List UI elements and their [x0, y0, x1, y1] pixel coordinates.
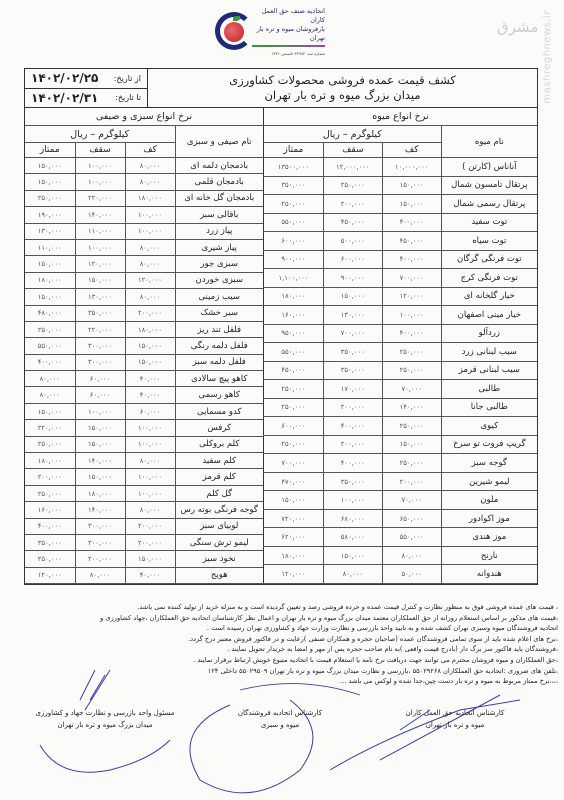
veg-cell-max: ۱۵۰,۰۰۰ — [75, 469, 125, 485]
signature-line1: کارشناس اتحادیه حق العمل کاران — [370, 707, 540, 719]
veg-row: سیب زمینی۸۰,۰۰۰۱۳۰,۰۰۰۱۵۰,۰۰۰ — [25, 289, 263, 305]
veg-cell-name: هویج — [175, 567, 263, 583]
from-date-value: ۱۴۰۲/۰۲/۲۵ — [31, 71, 98, 85]
veg-row: باقالی سبز۱۰۰,۰۰۰۱۴۰,۰۰۰۱۹۰,۰۰۰ — [25, 207, 263, 223]
veg-cell-name: گل کلم — [175, 485, 263, 501]
veg-cell-min: ۱۰۰,۰۰۰ — [125, 207, 175, 223]
veg-col-min: کف — [125, 143, 175, 158]
fruit-cell-min: ۷۰,۰۰۰ — [382, 380, 441, 399]
fruit-row: هندوانه۵۰,۰۰۰۸۰,۰۰۰۱۲۰,۰۰۰ — [264, 565, 538, 584]
fruit-row: زردآلو۴۰۰,۰۰۰۷۰۰,۰۰۰۹۵۰,۰۰۰ — [264, 324, 538, 343]
logo-registration: شماره ثبت ۳۲۹۸۲ تاسیس ۱۳۳۱ — [252, 49, 325, 58]
veg-row: کاهو رسمی۴۰,۰۰۰۶۰,۰۰۰۸۰,۰۰۰ — [25, 387, 263, 403]
price-list-document: اتحادیه صنف حق العمل کاران بارفروشان میو… — [0, 0, 564, 800]
fruit-cell-name: پرتقال تامسون شمال — [441, 176, 537, 195]
veg-cell-max: ۱۵۰,۰۰۰ — [75, 272, 125, 288]
veg-cell-name: کلم قرمز — [175, 469, 263, 485]
veg-cell-max: ۳۵۰,۰۰۰ — [75, 305, 125, 321]
note-line: ،حق العملکاران و میوه فروشان محترم می تو… — [18, 655, 558, 666]
fruit-row: طالبی جانا۱۴۰,۰۰۰۲۰۰,۰۰۰۲۵۰,۰۰۰ — [264, 398, 538, 417]
veg-row: فلفل دلمه سبز۱۵۰,۰۰۰۳۰۰,۰۰۰۴۰۰,۰۰۰ — [25, 354, 263, 370]
veg-cell-max: ۱۵۰,۰۰۰ — [75, 436, 125, 452]
signature-block: کارشناس اتحادیه حق العمل کارانمیوه و تره… — [20, 707, 540, 731]
union-logo: اتحادیه صنف حق العمل کاران بارفروشان میو… — [215, 4, 325, 60]
veg-cell-max: ۱۵۰,۰۰۰ — [75, 420, 125, 436]
fruit-cell-min: ۴۰۰,۰۰۰ — [382, 324, 441, 343]
veg-unit-header: کیلوگرم – ریال — [25, 126, 175, 143]
fruit-cell-premium: ۹۰۰,۰۰۰ — [264, 250, 324, 269]
fruit-cell-premium: ۶۰۰,۰۰۰ — [264, 417, 324, 436]
veg-cell-premium: ۲۰۰,۰۰۰ — [25, 469, 75, 485]
fruit-cell-name: آناناس (کارتن ) — [441, 158, 537, 177]
veg-cell-name: پیاز زرد — [175, 223, 263, 239]
veg-cell-min: ۱۰۰,۰۰۰ — [125, 469, 175, 485]
veg-cell-max: ۸۰,۰۰۰ — [75, 567, 125, 583]
fruit-cell-min: ۶۵۰,۰۰۰ — [382, 509, 441, 528]
veg-cell-min: ۸۰,۰۰۰ — [125, 256, 175, 272]
veg-cell-premium: ۱۸۰,۰۰۰ — [25, 453, 75, 469]
fruit-cell-premium: ۱۳۵۰۰,۰۰۰ — [264, 158, 324, 177]
logo-line-2: بارفروشان میوه و تره بار تهران — [252, 25, 325, 43]
fruit-cell-name: لیمو شیرین — [441, 472, 537, 491]
fruit-cell-premium: ۴۵۰,۰۰۰ — [264, 361, 324, 380]
fruit-row: توت سفید۴۰۰,۰۰۰۴۵۰,۰۰۰۵۵۰,۰۰۰ — [264, 213, 538, 232]
veg-cell-premium: ۱۵۰,۰۰۰ — [25, 256, 75, 272]
sheet-header: کشف قیمت عمده فروشی محصولات کشاورزی میدا… — [25, 69, 537, 108]
fruit-cell-premium: ۲۵۰,۰۰۰ — [264, 398, 324, 417]
fruit-cell-min: ۲۰۰,۰۰۰ — [382, 472, 441, 491]
veg-cell-premium: ۲۵۰,۰۰۰ — [25, 190, 75, 206]
fruit-cell-premium: ۱۵۰,۰۰۰ — [264, 491, 324, 510]
veg-row: کاهو پیچ سالادی۴۰,۰۰۰۶۰,۰۰۰۸۰,۰۰۰ — [25, 371, 263, 387]
veg-cell-min: ۱۵۰,۰۰۰ — [125, 551, 175, 567]
fruit-cell-max: ۱۳۰,۰۰۰ — [323, 306, 382, 325]
fruit-cell-max: ۳۵۰,۰۰۰ — [323, 361, 382, 380]
fruit-cell-name: کیوی — [441, 417, 537, 436]
veg-cell-max: ۲۲۰,۰۰۰ — [75, 190, 125, 206]
fruit-cell-max: ۱۲,۰۰۰,۰۰۰ — [323, 158, 382, 177]
veg-cell-min: ۱۵۰,۰۰۰ — [125, 354, 175, 370]
logo-line-1: اتحادیه صنف حق العمل کاران — [252, 7, 325, 25]
fruit-cell-max: ۲۰۰,۰۰۰ — [323, 398, 382, 417]
veg-cell-name: پیاز شیری — [175, 239, 263, 255]
veg-cell-max: ۱۰۰,۰۰۰ — [75, 174, 125, 190]
notes-section: ، قیمت های عمده فروشی فوق به منظور نظارت… — [18, 602, 558, 687]
veg-cell-premium: ۲۵۰,۰۰۰ — [25, 321, 75, 337]
veg-row: فلفل دلمه رنگی۱۵۰,۰۰۰۳۰۰,۰۰۰۵۵۰,۰۰۰ — [25, 338, 263, 354]
fruit-row: سیب لبنانی زرد۲۵۰,۰۰۰۳۵۰,۰۰۰۵۵۰,۰۰۰ — [264, 343, 538, 362]
fruit-cell-premium: ۱۸۰,۰۰۰ — [264, 287, 324, 306]
fruit-col-max: سقف — [323, 143, 382, 158]
veg-cell-name: سیب زمینی — [175, 289, 263, 305]
signature-title: مسئول واحد بازرسی و نظارت جهاد و کشاورزی… — [20, 707, 190, 731]
fruit-row: نارنج۸۰,۰۰۰۱۵۰,۰۰۰۱۸۰,۰۰۰ — [264, 546, 538, 565]
fruit-section-title: نرخ انواع میوه — [264, 108, 538, 126]
veg-row: بادمجان دلمه ای۸۰,۰۰۰۱۰۰,۰۰۰۱۵۰,۰۰۰ — [25, 158, 263, 174]
veg-cell-name: بادمجان گل خانه ای — [175, 190, 263, 206]
fruit-cell-min: ۷۰۰,۰۰۰ — [382, 269, 441, 288]
signature-line2: میدان بزرگ میوه و تره بار تهران — [20, 719, 190, 731]
fruit-cell-min: ۸۰,۰۰۰ — [382, 546, 441, 565]
veg-cell-name: باقالی سبز — [175, 207, 263, 223]
fruit-cell-min: ۱۴۰,۰۰۰ — [382, 398, 441, 417]
fruit-row: موز اکوادور۶۵۰,۰۰۰۶۸۰,۰۰۰۷۲۰,۰۰۰ — [264, 509, 538, 528]
from-date-label: از تاریخ: — [114, 74, 141, 83]
veg-cell-name: لوبیای سبز — [175, 518, 263, 534]
veg-row: فلفل تند ریز۱۸۰,۰۰۰۲۲۰,۰۰۰۲۵۰,۰۰۰ — [25, 321, 263, 337]
fruit-cell-name: طالبی جانا — [441, 398, 537, 417]
veg-row: سبزی خوردن۱۲۰,۰۰۰۱۵۰,۰۰۰۱۸۰,۰۰۰ — [25, 272, 263, 288]
to-date-row: تا تاریخ: ۱۴۰۲/۰۲/۳۱ — [25, 89, 147, 108]
veg-cell-min: ۱۲۰,۰۰۰ — [125, 272, 175, 288]
note-line: ،،،،نرخ ممتاز مربوط به میوه و تره بار دس… — [18, 676, 558, 687]
fruit-unit-header: کیلوگرم – ریال — [264, 126, 442, 143]
veg-cell-name: کرفس — [175, 420, 263, 436]
veg-cell-min: ۱۸۰,۰۰۰ — [125, 321, 175, 337]
fruit-cell-name: زردآلو — [441, 324, 537, 343]
fruit-cell-name: طالبی — [441, 380, 537, 399]
fruit-cell-name: خیار مینی اصفهان — [441, 306, 537, 325]
veg-cell-max: ۱۰۰,۰۰۰ — [75, 403, 125, 419]
veg-cell-max: ۶۰,۰۰۰ — [75, 387, 125, 403]
veg-cell-max: ۱۰۰,۰۰۰ — [75, 239, 125, 255]
fruit-cell-name: سیب لبنانی قرمز — [441, 361, 537, 380]
fruit-cell-min: ۲۵۰,۰۰۰ — [382, 361, 441, 380]
fruit-cell-max: ۹۰۰,۰۰۰ — [323, 269, 382, 288]
veg-row: هویج۴۰,۰۰۰۸۰,۰۰۰۱۲۰,۰۰۰ — [25, 567, 263, 583]
fruit-row: توت فرنگی کرج۷۰۰,۰۰۰۹۰۰,۰۰۰۱,۱۰۰,۰۰۰ — [264, 269, 538, 288]
veg-cell-max: ۱۴۰,۰۰۰ — [75, 453, 125, 469]
fruit-cell-min: ۱۵۰,۰۰۰ — [382, 435, 441, 454]
fruit-row: کیوی۲۵۰,۰۰۰۴۰۰,۰۰۰۶۰۰,۰۰۰ — [264, 417, 538, 436]
fruit-cell-name: توت سفید — [441, 213, 537, 232]
fruit-cell-max: ۵۰۰,۰۰۰ — [323, 232, 382, 251]
veg-cell-max: ۳۰۰,۰۰۰ — [75, 354, 125, 370]
fruit-cell-premium: ۶۰۰,۰۰۰ — [264, 232, 324, 251]
fruit-cell-premium: ۲۵۰,۰۰۰ — [264, 435, 324, 454]
fruit-row: خیار مینی اصفهان۱۰۰,۰۰۰۱۳۰,۰۰۰۱۶۰,۰۰۰ — [264, 306, 538, 325]
fruit-cell-max: ۴۰۰,۰۰۰ — [323, 454, 382, 473]
veg-row: پیاز شیری۸۰,۰۰۰۱۰۰,۰۰۰۱۱۰,۰۰۰ — [25, 239, 263, 255]
fruit-cell-name: موز اکوادور — [441, 509, 537, 528]
veg-cell-max: ۳۰۰,۰۰۰ — [75, 518, 125, 534]
fruit-cell-name: توت سیاه — [441, 232, 537, 251]
note-line: ،نرخ های اعلام شده باید از سوی تمامی فرو… — [18, 634, 558, 645]
veg-row: سبزی جور۸۰,۰۰۰۱۲۰,۰۰۰۱۵۰,۰۰۰ — [25, 256, 263, 272]
fruit-row: پرتقال رسمی شمال۱۵۰,۰۰۰۲۰۰,۰۰۰۲۵۰,۰۰۰ — [264, 195, 538, 214]
fruit-row: پرتقال تامسون شمال۱۵۰,۰۰۰۲۵۰,۰۰۰۳۵۰,۰۰۰ — [264, 176, 538, 195]
sheet-title: کشف قیمت عمده فروشی محصولات کشاورزی میدا… — [147, 69, 537, 107]
veg-cell-premium: ۱۸۰,۰۰۰ — [25, 272, 75, 288]
fruit-cell-name: توت فرنگی کرج — [441, 269, 537, 288]
fruit-cell-name: نارنج — [441, 546, 537, 565]
veg-cell-min: ۸۰,۰۰۰ — [125, 239, 175, 255]
veg-cell-premium: ۱۹۰,۰۰۰ — [25, 207, 75, 223]
note-line: ، قیمت های عمده فروشی فوق به منظور نظارت… — [18, 602, 558, 613]
fruit-cell-max: ۸۰,۰۰۰ — [323, 565, 382, 584]
signature-title: کارشناس اتحادیه حق العمل کارانمیوه و تره… — [370, 707, 540, 731]
note-line: اتحادیه فروشندگان میوه وسبزی تهران کشف ش… — [18, 623, 558, 634]
fruit-cell-min: ۲۵۰,۰۰۰ — [382, 343, 441, 362]
veg-cell-max: ۱۸۰,۰۰۰ — [75, 485, 125, 501]
fruit-cell-max: ۴۵۰,۰۰۰ — [323, 213, 382, 232]
fruit-cell-name: گوجه سبز — [441, 454, 537, 473]
veg-cell-name: فلفل دلمه سبز — [175, 354, 263, 370]
veg-cell-name: سبزی خوردن — [175, 272, 263, 288]
veg-col-premium: ممتاز — [25, 143, 75, 158]
mashregh-watermark-logo: مشرق — [497, 18, 538, 36]
fruit-row: طالبی۷۰,۰۰۰۱۷۰,۰۰۰۲۵۰,۰۰۰ — [264, 380, 538, 399]
fruit-row: سیب لبنانی قرمز۲۵۰,۰۰۰۳۵۰,۰۰۰۴۵۰,۰۰۰ — [264, 361, 538, 380]
fruit-cell-name: سیب لبنانی زرد — [441, 343, 537, 362]
wave-divider — [252, 45, 325, 47]
fruit-cell-max: ۳۵۰,۰۰۰ — [323, 472, 382, 491]
veg-cell-premium: ۱۵۰,۰۰۰ — [25, 158, 75, 174]
fruit-cell-min: ۲۵۰,۰۰۰ — [382, 454, 441, 473]
fruit-cell-premium: ۱۸۰,۰۰۰ — [264, 546, 324, 565]
veg-row: سیر خشک۲۰۰,۰۰۰۳۵۰,۰۰۰۴۸۰,۰۰۰ — [25, 305, 263, 321]
fruit-cell-premium: ۲۵۰,۰۰۰ — [264, 380, 324, 399]
veg-cell-min: ۲۰۰,۰۰۰ — [125, 305, 175, 321]
veg-cell-max: ۱۴۰,۰۰۰ — [75, 207, 125, 223]
fruit-cell-min: ۱۵۰,۰۰۰ — [382, 176, 441, 195]
gear-apple-icon — [215, 12, 249, 52]
fruit-cell-max: ۲۵۰,۰۰۰ — [323, 176, 382, 195]
fruit-row: توت فرنگی گرگان۴۰۰,۰۰۰۶۰۰,۰۰۰۹۰۰,۰۰۰ — [264, 250, 538, 269]
note-line: ،قیمت های مذکور بر اساس استعلام روزانه ا… — [18, 613, 558, 624]
fruit-cell-min: ۷۰,۰۰۰ — [382, 491, 441, 510]
veg-cell-premium: ۴۰۰,۰۰۰ — [25, 518, 75, 534]
veg-row: لوبیای سبز۲۰۰,۰۰۰۳۰۰,۰۰۰۴۰۰,۰۰۰ — [25, 518, 263, 534]
veg-cell-name: کاهو رسمی — [175, 387, 263, 403]
title-line-1: کشف قیمت عمده فروشی محصولات کشاورزی — [229, 73, 456, 88]
veg-row: کلم بروکلی۱۰۰,۰۰۰۱۵۰,۰۰۰۲۵۰,۰۰۰ — [25, 436, 263, 452]
veg-cell-name: کلم سفید — [175, 453, 263, 469]
veg-cell-max: ۶۰,۰۰۰ — [75, 371, 125, 387]
veg-cell-premium: ۱۳۰,۰۰۰ — [25, 223, 75, 239]
fruit-cell-min: ۲۵۰,۰۰۰ — [382, 417, 441, 436]
fruit-cell-max: ۱۰۰,۰۰۰ — [323, 491, 382, 510]
signature-line2: میوه و تره بار تهران — [370, 719, 540, 731]
fruit-cell-min: ۵۰,۰۰۰ — [382, 565, 441, 584]
fruit-cell-max: ۷۰۰,۰۰۰ — [323, 324, 382, 343]
veg-cell-premium: ۱۵۰,۰۰۰ — [25, 403, 75, 419]
note-line: ،تلفن های ضروری :اتحادیه حق العملکاران ۵… — [18, 666, 558, 677]
veg-row: کلم سفید۸۰,۰۰۰۱۴۰,۰۰۰۱۸۰,۰۰۰ — [25, 453, 263, 469]
veg-cell-min: ۴۰,۰۰۰ — [125, 387, 175, 403]
fruit-cell-name: ملون — [441, 491, 537, 510]
fruit-row: خیار گلخانه ای۱۲۰,۰۰۰۱۵۰,۰۰۰۱۸۰,۰۰۰ — [264, 287, 538, 306]
veg-cell-premium: ۱۱۰,۰۰۰ — [25, 239, 75, 255]
veg-cell-name: بادمجان دلمه ای — [175, 158, 263, 174]
signature-title: کارشناس اتحادیه فروشندگانمیوه و سبزی — [195, 707, 365, 731]
fruit-cell-name: موز هندی — [441, 528, 537, 547]
veg-section-title: نرخ انواع سبزی و صیفی — [25, 108, 263, 126]
fruit-cell-min: ۱۵۰,۰۰۰ — [382, 195, 441, 214]
fruit-cell-name: توت فرنگی گرگان — [441, 250, 537, 269]
veg-cell-min: ۲۰۰,۰۰۰ — [125, 534, 175, 550]
veg-cell-min: ۴۰,۰۰۰ — [125, 567, 175, 583]
veg-cell-min: ۴۰,۰۰۰ — [125, 371, 175, 387]
veg-cell-premium: ۴۸۰,۰۰۰ — [25, 305, 75, 321]
mashregh-watermark-url: mashreghnews.ir — [542, 10, 553, 104]
veg-name-header: نام صیفی و سبزی — [175, 126, 263, 158]
veg-cell-max: ۳۰۰,۰۰۰ — [75, 534, 125, 550]
fruit-cell-name: گریپ فروت تو سرخ — [441, 435, 537, 454]
veg-cell-max: ۱۰۰,۰۰۰ — [75, 158, 125, 174]
veg-cell-name: کلم بروکلی — [175, 436, 263, 452]
fruit-cell-min: ۱۲۰,۰۰۰ — [382, 287, 441, 306]
fruit-cell-max: ۳۵۰,۰۰۰ — [323, 343, 382, 362]
fruit-row: موز هندی۵۵۰,۰۰۰۵۸۰,۰۰۰۶۲۰,۰۰۰ — [264, 528, 538, 547]
veg-cell-name: گوجه فرنگی بوته رس — [175, 502, 263, 518]
veg-cell-premium: ۲۵۰,۰۰۰ — [25, 551, 75, 567]
from-date-row: از تاریخ: ۱۴۰۲/۰۲/۲۵ — [25, 69, 147, 89]
veg-cell-min: ۱۵۰,۰۰۰ — [125, 338, 175, 354]
veg-row: کلم قرمز۱۰۰,۰۰۰۱۵۰,۰۰۰۲۰۰,۰۰۰ — [25, 469, 263, 485]
fruit-cell-premium: ۵۵۰,۰۰۰ — [264, 343, 324, 362]
veg-cell-name: فلفل دلمه رنگی — [175, 338, 263, 354]
veg-col-max: سقف — [75, 143, 125, 158]
veg-cell-min: ۱۸۰,۰۰۰ — [125, 190, 175, 206]
veg-cell-premium: ۳۵۰,۰۰۰ — [25, 534, 75, 550]
signature-line1: کارشناس اتحادیه فروشندگان — [195, 707, 365, 719]
fruit-cell-premium: ۷۰۰,۰۰۰ — [264, 454, 324, 473]
veg-row: بادمجان قلمی۸۰,۰۰۰۱۰۰,۰۰۰۱۵۰,۰۰۰ — [25, 174, 263, 190]
veg-cell-premium: ۱۵۰,۰۰۰ — [25, 289, 75, 305]
fruit-cell-max: ۱۷۰,۰۰۰ — [323, 380, 382, 399]
veg-cell-min: ۱۰۰,۰۰۰ — [125, 420, 175, 436]
fruit-cell-premium: ۱,۱۰۰,۰۰۰ — [264, 269, 324, 288]
to-date-value: ۱۴۰۲/۰۲/۳۱ — [31, 91, 98, 105]
vegetable-price-table: نرخ انواع سبزی و صیفی نام صیفی و سبزی کی… — [25, 108, 263, 584]
veg-cell-min: ۸۰,۰۰۰ — [125, 158, 175, 174]
veg-cell-min: ۱۰۰,۰۰۰ — [125, 485, 175, 501]
fruit-cell-name: پرتقال رسمی شمال — [441, 195, 537, 214]
veg-cell-min: ۸۰,۰۰۰ — [125, 453, 175, 469]
fruit-price-table: نرخ انواع میوه نام میوه کیلوگرم – ریال ک… — [263, 108, 537, 584]
fruit-cell-premium: ۱۶۰,۰۰۰ — [264, 306, 324, 325]
fruit-cell-premium: ۱۲۰,۰۰۰ — [264, 565, 324, 584]
fruit-name-header: نام میوه — [441, 126, 537, 158]
fruit-col-min: کف — [382, 143, 441, 158]
veg-row: لیمو ترش سنگی۲۰۰,۰۰۰۳۰۰,۰۰۰۳۵۰,۰۰۰ — [25, 534, 263, 550]
fruit-cell-min: ۴۰۰,۰۰۰ — [382, 250, 441, 269]
veg-cell-name: سیر خشک — [175, 305, 263, 321]
veg-cell-min: ۸۰,۰۰۰ — [125, 289, 175, 305]
fruit-cell-premium: ۵۵۰,۰۰۰ — [264, 213, 324, 232]
fruit-row: لیمو شیرین۲۰۰,۰۰۰۳۵۰,۰۰۰۴۷۰,۰۰۰ — [264, 472, 538, 491]
veg-cell-min: ۱۰۰,۰۰۰ — [125, 436, 175, 452]
veg-cell-name: سبزی جور — [175, 256, 263, 272]
veg-cell-premium: ۵۵۰,۰۰۰ — [25, 338, 75, 354]
veg-cell-name: نخود سبز — [175, 551, 263, 567]
veg-cell-min: ۱۰۰,۰۰۰ — [125, 223, 175, 239]
fruit-cell-premium: ۷۲۰,۰۰۰ — [264, 509, 324, 528]
veg-row: بادمجان گل خانه ای۱۸۰,۰۰۰۲۲۰,۰۰۰۲۵۰,۰۰۰ — [25, 190, 263, 206]
date-range: از تاریخ: ۱۴۰۲/۰۲/۲۵ تا تاریخ: ۱۴۰۲/۰۲/۳… — [25, 69, 147, 107]
fruit-cell-premium: ۲۵۰,۰۰۰ — [264, 195, 324, 214]
fruit-cell-max: ۱۵۰,۰۰۰ — [323, 546, 382, 565]
note-line: ،فروشندگان باید فاکتور سر برگ دار (بادرج… — [18, 644, 558, 655]
fruit-cell-max: ۵۸۰,۰۰۰ — [323, 528, 382, 547]
veg-cell-premium: ۴۰۰,۰۰۰ — [25, 354, 75, 370]
signature-line1: مسئول واحد بازرسی و نظارت جهاد و کشاورزی — [20, 707, 190, 719]
veg-cell-name: بادمجان قلمی — [175, 174, 263, 190]
fruit-cell-max: ۲۰۰,۰۰۰ — [323, 195, 382, 214]
veg-cell-min: ۸۰,۰۰۰ — [125, 174, 175, 190]
veg-cell-name: فلفل تند ریز — [175, 321, 263, 337]
fruit-row: گریپ فروت تو سرخ۱۵۰,۰۰۰۲۰۰,۰۰۰۲۵۰,۰۰۰ — [264, 435, 538, 454]
fruit-cell-premium: ۳۵۰,۰۰۰ — [264, 176, 324, 195]
fruit-row: توت سیاه۴۵۰,۰۰۰۵۰۰,۰۰۰۶۰۰,۰۰۰ — [264, 232, 538, 251]
veg-cell-premium: ۱۲۰,۰۰۰ — [25, 567, 75, 583]
fruit-cell-max: ۶۸۰,۰۰۰ — [323, 509, 382, 528]
veg-row: کرفس۱۰۰,۰۰۰۱۵۰,۰۰۰۲۲۰,۰۰۰ — [25, 420, 263, 436]
veg-cell-name: لیمو ترش سنگی — [175, 534, 263, 550]
veg-cell-max: ۲۲۰,۰۰۰ — [75, 321, 125, 337]
veg-cell-min: ۸۰,۰۰۰ — [125, 502, 175, 518]
fruit-cell-name: خیار گلخانه ای — [441, 287, 537, 306]
fruit-cell-name: هندوانه — [441, 565, 537, 584]
veg-cell-max: ۱۴۰,۰۰۰ — [75, 502, 125, 518]
veg-cell-name: کدو مسمایی — [175, 403, 263, 419]
fruit-col-premium: ممتاز — [264, 143, 324, 158]
veg-cell-premium: ۲۵۰,۰۰۰ — [25, 436, 75, 452]
veg-row: گل کلم۱۰۰,۰۰۰۱۸۰,۰۰۰۲۵۰,۰۰۰ — [25, 485, 263, 501]
fruit-cell-min: ۵۵۰,۰۰۰ — [382, 528, 441, 547]
veg-row: پیاز زرد۱۰۰,۰۰۰۱۱۰,۰۰۰۱۳۰,۰۰۰ — [25, 223, 263, 239]
veg-cell-max: ۱۲۰,۰۰۰ — [75, 256, 125, 272]
fruit-cell-max: ۲۰۰,۰۰۰ — [323, 435, 382, 454]
fruit-cell-min: ۱۰۰,۰۰۰ — [382, 306, 441, 325]
fruit-cell-premium: ۹۵۰,۰۰۰ — [264, 324, 324, 343]
fruit-cell-premium: ۴۷۰,۰۰۰ — [264, 472, 324, 491]
veg-cell-premium: ۱۵۰,۰۰۰ — [25, 174, 75, 190]
veg-cell-max: ۱۱۰,۰۰۰ — [75, 223, 125, 239]
veg-cell-premium: ۸۰,۰۰۰ — [25, 387, 75, 403]
veg-cell-max: ۳۰۰,۰۰۰ — [75, 338, 125, 354]
veg-row: کدو مسمایی۶۰,۰۰۰۱۰۰,۰۰۰۱۵۰,۰۰۰ — [25, 403, 263, 419]
fruit-row: آناناس (کارتن )۱۰,۰۰۰,۰۰۰۱۲,۰۰۰,۰۰۰۱۳۵۰۰… — [264, 158, 538, 177]
fruit-cell-min: ۴۰۰,۰۰۰ — [382, 213, 441, 232]
price-sheet: کشف قیمت عمده فروشی محصولات کشاورزی میدا… — [24, 68, 538, 585]
veg-cell-premium: ۲۲۰,۰۰۰ — [25, 420, 75, 436]
fruit-row: گوجه سبز۲۵۰,۰۰۰۴۰۰,۰۰۰۷۰۰,۰۰۰ — [264, 454, 538, 473]
veg-cell-min: ۶۰,۰۰۰ — [125, 403, 175, 419]
veg-cell-premium: ۱۶۰,۰۰۰ — [25, 502, 75, 518]
to-date-label: تا تاریخ: — [115, 93, 141, 102]
veg-row: نخود سبز۱۵۰,۰۰۰۲۰۰,۰۰۰۲۵۰,۰۰۰ — [25, 551, 263, 567]
fruit-cell-max: ۴۰۰,۰۰۰ — [323, 417, 382, 436]
veg-cell-premium: ۲۵۰,۰۰۰ — [25, 485, 75, 501]
fruit-cell-min: ۱۰,۰۰۰,۰۰۰ — [382, 158, 441, 177]
fruit-row: ملون۷۰,۰۰۰۱۰۰,۰۰۰۱۵۰,۰۰۰ — [264, 491, 538, 510]
fruit-cell-max: ۶۰۰,۰۰۰ — [323, 250, 382, 269]
fruit-cell-premium: ۶۲۰,۰۰۰ — [264, 528, 324, 547]
signature-line2: میوه و سبزی — [195, 719, 365, 731]
fruit-cell-min: ۴۵۰,۰۰۰ — [382, 232, 441, 251]
veg-row: گوجه فرنگی بوته رس۸۰,۰۰۰۱۴۰,۰۰۰۱۶۰,۰۰۰ — [25, 502, 263, 518]
veg-cell-name: کاهو پیچ سالادی — [175, 371, 263, 387]
veg-cell-max: ۲۰۰,۰۰۰ — [75, 551, 125, 567]
fruit-cell-max: ۱۵۰,۰۰۰ — [323, 287, 382, 306]
title-line-2: میدان بزرگ میوه و تره بار تهران — [264, 88, 420, 103]
veg-cell-premium: ۸۰,۰۰۰ — [25, 371, 75, 387]
veg-cell-max: ۱۳۰,۰۰۰ — [75, 289, 125, 305]
veg-cell-min: ۲۰۰,۰۰۰ — [125, 518, 175, 534]
